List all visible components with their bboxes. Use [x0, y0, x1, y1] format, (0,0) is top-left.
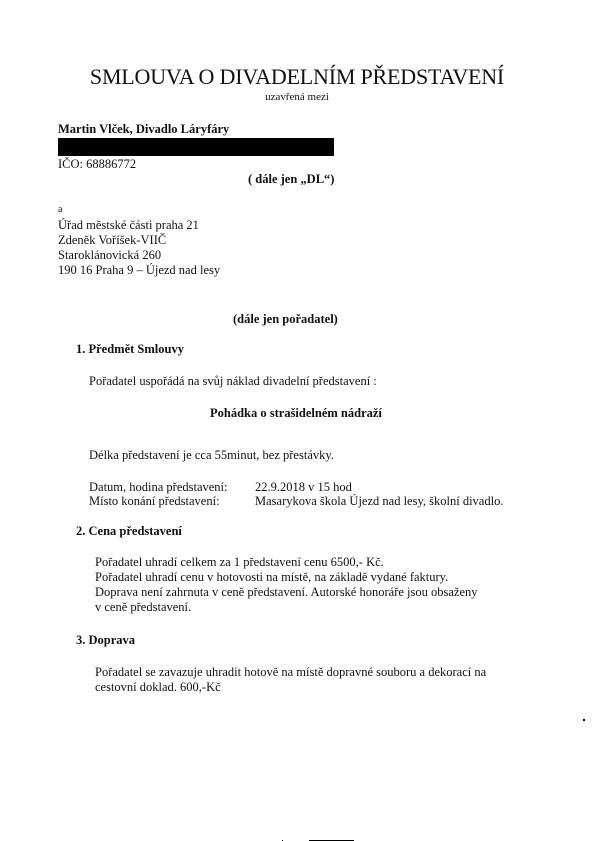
party1-ico: IČO: 68886772	[58, 157, 136, 172]
section-3-heading: 3. Doprava	[76, 633, 135, 648]
place-value: Masarykova škola Újezd nad lesy, školní …	[255, 494, 503, 509]
duration: Délka představení je cca 55minut, bez př…	[89, 448, 334, 463]
party1-alias: ( dále jen „DL“)	[248, 172, 334, 187]
redaction-bar	[58, 138, 334, 156]
section-3-line: cestovní doklad. 600,-Kč	[95, 680, 221, 695]
show-title: Pohádka o strašidelném nádraží	[210, 406, 382, 421]
party2-alias: (dále jen pořadatel)	[233, 312, 338, 327]
document-subtitle: uzavřená mezi	[0, 91, 594, 103]
party2-line: Úřad městské části praha 21	[58, 218, 199, 233]
party2-line: Zdeněk Voříšek-VIIČ	[58, 233, 166, 248]
date-value: 22.9.2018 v 15 hod	[255, 480, 352, 495]
date-label: Datum, hodina představení:	[89, 480, 228, 495]
place-label: Místo konání představení:	[89, 494, 220, 509]
section-2-line: Doprava není zahrnuta v ceně představení…	[95, 585, 478, 600]
section-3-line: Pořadatel se zavazuje uhradit hotově na …	[95, 665, 486, 680]
conjunction: a	[58, 204, 62, 215]
section-2-heading: 2. Cena představení	[76, 524, 182, 539]
section-2-line: Pořadatel uhradí cenu v hotovosti na mís…	[95, 570, 448, 585]
scan-speck	[583, 719, 585, 721]
section-2-line: Pořadatel uhradí celkem za 1 představení…	[95, 555, 384, 570]
party2-line: Staroklánovická 260	[58, 248, 161, 263]
section-2-line: v ceně představení.	[95, 600, 191, 615]
document-title: SMLOUVA O DIVADELNÍM PŘEDSTAVENÍ	[0, 64, 594, 90]
party1-name: Martin Vlček, Divadlo Láryfáry	[58, 122, 229, 137]
section-1-intro: Pořadatel uspořádá na svůj náklad divade…	[89, 374, 377, 389]
section-1-heading: 1. Předmět Smlouvy	[76, 342, 184, 357]
party2-line: 190 16 Praha 9 – Újezd nad lesy	[58, 263, 220, 278]
